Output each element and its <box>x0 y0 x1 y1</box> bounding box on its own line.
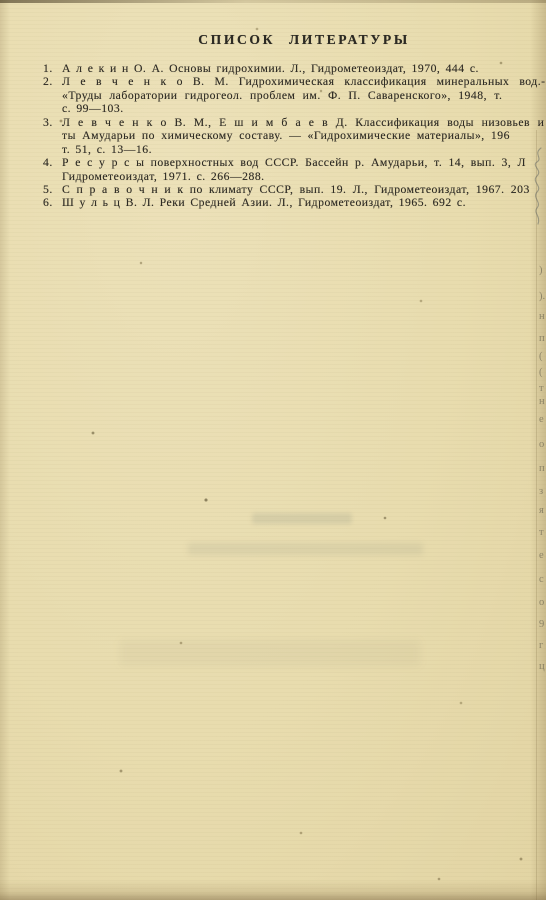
page-edge-fragment: н <box>539 312 545 322</box>
page-edge-fragment: е <box>539 551 544 561</box>
page-edge-fragment: о <box>539 440 544 450</box>
page-edge-fragment: ). <box>539 292 545 302</box>
reference-row: Гидрометеоиздат, 1971. с. 266—288. <box>62 170 546 183</box>
reference-row: с. 99—103. <box>62 102 546 115</box>
reference-number: 1. <box>43 62 53 75</box>
page-edge-fragment: н <box>539 397 545 407</box>
reference-text: Гидрометеоиздат, 1971. с. 266—288. <box>62 170 265 183</box>
page-edge-fragment: ц <box>539 662 545 672</box>
page-edge-fragment: т <box>539 528 544 538</box>
page-edge-fragment: г <box>539 641 543 651</box>
reference-row: «Труды лаборатории гидрогеол. проблем им… <box>62 89 546 102</box>
bleedthrough-smudge <box>252 513 352 524</box>
bleedthrough-smudge <box>120 640 420 666</box>
page-edge-fragment: е <box>539 415 544 425</box>
page-edge-fragment: ( <box>539 368 543 378</box>
reference-row: ты Амударьи по химическому составу. — «Г… <box>62 129 546 142</box>
reference-list: 1. А л е к и н О. А. Основы гидрохимии. … <box>62 62 546 210</box>
bleedthrough-smudge <box>188 543 423 555</box>
page-title: СПИСОК ЛИТЕРАТУРЫ <box>62 32 546 48</box>
page-edge-fragment: т <box>539 384 544 394</box>
page-edge-fragment: ( <box>539 352 543 362</box>
pen-mark <box>528 146 546 230</box>
page-edge-fragment: 9 <box>539 620 544 630</box>
reference-text: Л е в ч е н к о В. М. Гидрохимическая кл… <box>62 75 546 88</box>
reference-text: С п р а в о ч н и к по климату СССР, вып… <box>62 183 530 196</box>
reference-number: 2. <box>43 75 53 88</box>
reference-number: 4. <box>43 156 53 169</box>
page-edge-fragment: я <box>539 506 544 516</box>
reference-text: Ш у л ь ц В. Л. Реки Средней Азии. Л., Г… <box>62 196 466 209</box>
page-edge-fragment: п <box>539 464 545 474</box>
reference-number: 3. <box>43 116 53 129</box>
reference-text: т. 51, с. 13—16. <box>62 143 152 156</box>
reference-row: 2. Л е в ч е н к о В. М. Гидрохимическая… <box>62 75 546 88</box>
page-edge-fragment: о <box>539 598 544 608</box>
reference-number: 6. <box>43 196 53 209</box>
page-edge-fragment: з <box>539 487 543 497</box>
reference-number: 5. <box>43 183 53 196</box>
reference-row: 4. Р е с у р с ы поверхностных вод СССР.… <box>62 156 546 169</box>
reference-text: «Труды лаборатории гидрогеол. проблем им… <box>62 89 502 102</box>
reference-text: Р е с у р с ы поверхностных вод СССР. Ба… <box>62 156 526 169</box>
book-page-scan: СПИСОК ЛИТЕРАТУРЫ 1. А л е к и н О. А. О… <box>0 0 546 900</box>
page-edge-fragment: ) <box>539 266 543 276</box>
paper-speckles <box>0 0 2 2</box>
reference-text: Л е в ч е н к о В. М., Е ш и м б а е в Д… <box>62 116 546 129</box>
reference-text: А л е к и н О. А. Основы гидрохимии. Л.,… <box>62 62 479 75</box>
reference-row: 1. А л е к и н О. А. Основы гидрохимии. … <box>62 62 546 75</box>
reference-row: 5. С п р а в о ч н и к по климату СССР, … <box>62 183 546 196</box>
page-top-shadow <box>0 0 546 3</box>
reference-row: 3. Л е в ч е н к о В. М., Е ш и м б а е … <box>62 116 546 129</box>
page-right-crease <box>536 130 538 900</box>
reference-text: ты Амударьи по химическому составу. — «Г… <box>62 129 510 142</box>
page-edge-fragment: с <box>539 575 544 585</box>
page-edge-fragment: п <box>539 334 545 344</box>
reference-text: с. 99—103. <box>62 102 124 115</box>
reference-row: т. 51, с. 13—16. <box>62 143 546 156</box>
reference-row: 6. Ш у л ь ц В. Л. Реки Средней Азии. Л.… <box>62 196 546 209</box>
